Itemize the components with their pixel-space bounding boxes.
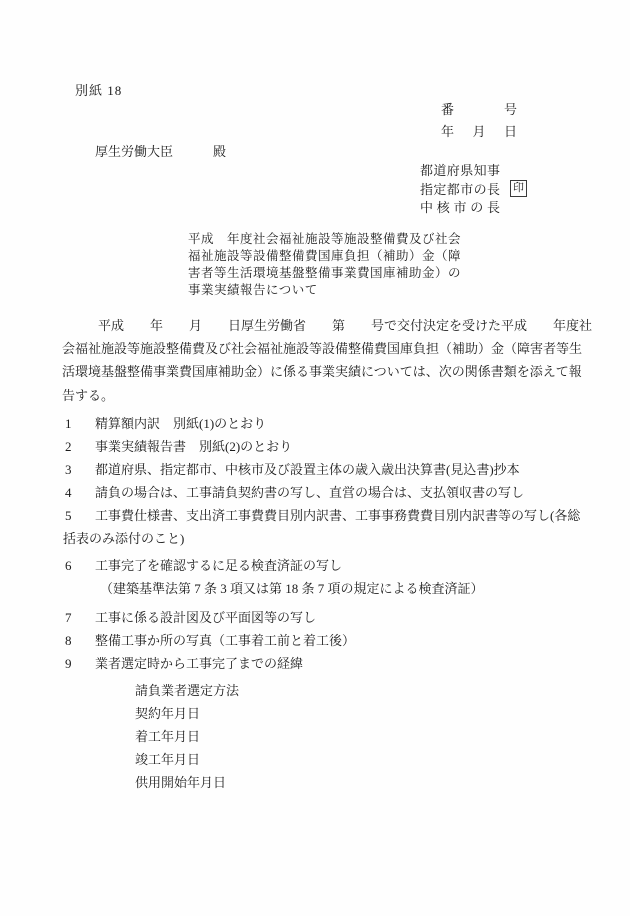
list-item: 8 整備工事か所の写真（工事着工前と着工後） (65, 629, 605, 652)
addressee-line: 厚生労働大臣 殿 (95, 141, 226, 160)
paragraph-line: 平成 年 月 日厚生労働省 第 号で交付決定を受けた平成 年度社 (62, 314, 586, 337)
document-page: 別紙 18 番 号 年 月 日 厚生労働大臣 殿 都道府県知事 指定都市の長 中… (0, 0, 630, 916)
body-paragraph: 平成 年 月 日厚生労働省 第 号で交付決定を受けた平成 年度社 会福祉施設等施… (62, 314, 586, 407)
list-item-number: 7 (65, 606, 95, 629)
date-line: 年 月 日 (441, 121, 517, 140)
title-line: 平成 年度社会福祉施設等施設整備費及び社会 (188, 231, 461, 248)
process-item-start-date: 着工年月日 (135, 725, 605, 748)
attachment-number-label: 別紙 18 (75, 80, 122, 99)
process-item-service-start-date: 供用開始年月日 (135, 771, 605, 794)
list-item-text: 事業実績報告書 別紙(2)のとおり (95, 435, 605, 458)
list-item: 9 業者選定時から工事完了までの経緯 (65, 652, 605, 675)
title-line: 事業実績報告について (188, 282, 461, 299)
list-item-continuation: 括表のみ添付のこと) (63, 527, 605, 550)
number-label-go: 号 (504, 99, 517, 118)
list-item-number: 2 (65, 435, 95, 458)
list-item-number: 8 (65, 629, 95, 652)
title-line: 害者等生活環境基盤整備事業費国庫補助金）の (188, 265, 461, 282)
list-item-number: 5 (65, 504, 95, 527)
list-item: 5 工事費仕様書、支出済工事費費目別内訳書、工事事務費費目別内訳書等の写し(各総 (65, 504, 605, 527)
sender-core-city-mayor: 中核市の長 (420, 199, 500, 218)
paragraph-line: 会福祉施設等施設整備費及び社会福祉施設等設備整備費国庫負担（補助）金（障害者等生 (62, 337, 586, 360)
process-item-contract-date: 契約年月日 (135, 702, 605, 725)
attachment-list: 1 精算額内訳 別紙(1)のとおり 2 事業実績報告書 別紙(2)のとおり 3 … (65, 412, 605, 794)
title-line: 福祉施設等設備整備費国庫負担（補助）金（障 (188, 248, 461, 265)
number-label-ban: 番 (441, 99, 454, 118)
date-year-label: 年 (441, 121, 454, 140)
list-item-number: 4 (65, 481, 95, 504)
sender-titles: 都道府県知事 指定都市の長 中核市の長 (420, 162, 500, 218)
document-title: 平成 年度社会福祉施設等施設整備費及び社会 福祉施設等設備整備費国庫負担（補助）… (188, 231, 461, 299)
date-day-label: 日 (504, 121, 517, 140)
paragraph-line: 告する。 (62, 384, 586, 407)
list-item-text: 工事に係る設計図及び平面図等の写し (95, 606, 605, 629)
list-item-number: 6 (65, 554, 95, 577)
list-item: 7 工事に係る設計図及び平面図等の写し (65, 606, 605, 629)
date-month-label: 月 (472, 121, 485, 140)
list-item: 3 都道府県、指定都市、中核市及び設置主体の歳入歳出決算書(見込書)抄本 (65, 458, 605, 481)
addressee-honorific: 殿 (213, 141, 226, 160)
list-item-text: 請負の場合は、工事請負契約書の写し、直営の場合は、支払領収書の写し (95, 481, 605, 504)
list-item-text: 精算額内訳 別紙(1)のとおり (95, 412, 605, 435)
list-item-number: 1 (65, 412, 95, 435)
list-item-number: 3 (65, 458, 95, 481)
list-item-text: 工事完了を確認するに足る検査済証の写し (95, 554, 605, 577)
list-item: 2 事業実績報告書 別紙(2)のとおり (65, 435, 605, 458)
process-item-selection-method: 請負業者選定方法 (135, 679, 605, 702)
list-item: 4 請負の場合は、工事請負契約書の写し、直営の場合は、支払領収書の写し (65, 481, 605, 504)
list-item-text: 工事費仕様書、支出済工事費費目別内訳書、工事事務費費目別内訳書等の写し(各総 (95, 504, 605, 527)
process-item-completion-date: 竣工年月日 (135, 748, 605, 771)
list-item: 6 工事完了を確認するに足る検査済証の写し (65, 554, 605, 577)
list-item-number: 9 (65, 652, 95, 675)
seal-placeholder: 印 (510, 180, 527, 197)
list-item-text: 整備工事か所の写真（工事着工前と着工後） (95, 629, 605, 652)
process-items: 請負業者選定方法 契約年月日 着工年月日 竣工年月日 供用開始年月日 (135, 679, 605, 794)
list-item-note: （建築基準法第 7 条 3 項又は第 18 条 7 項の規定による検査済証） (100, 577, 605, 600)
document-number-line: 番 号 (441, 99, 517, 118)
addressee-name: 厚生労働大臣 (95, 141, 173, 160)
sender-prefectural-governor: 都道府県知事 (420, 162, 500, 181)
list-item-text: 業者選定時から工事完了までの経緯 (95, 652, 605, 675)
list-item: 1 精算額内訳 別紙(1)のとおり (65, 412, 605, 435)
sender-designated-city-mayor: 指定都市の長 (420, 181, 500, 200)
paragraph-line: 活環境基盤整備事業費国庫補助金）に係る事業実績については、次の関係書類を添えて報 (62, 360, 586, 383)
list-item-text: 都道府県、指定都市、中核市及び設置主体の歳入歳出決算書(見込書)抄本 (95, 458, 605, 481)
